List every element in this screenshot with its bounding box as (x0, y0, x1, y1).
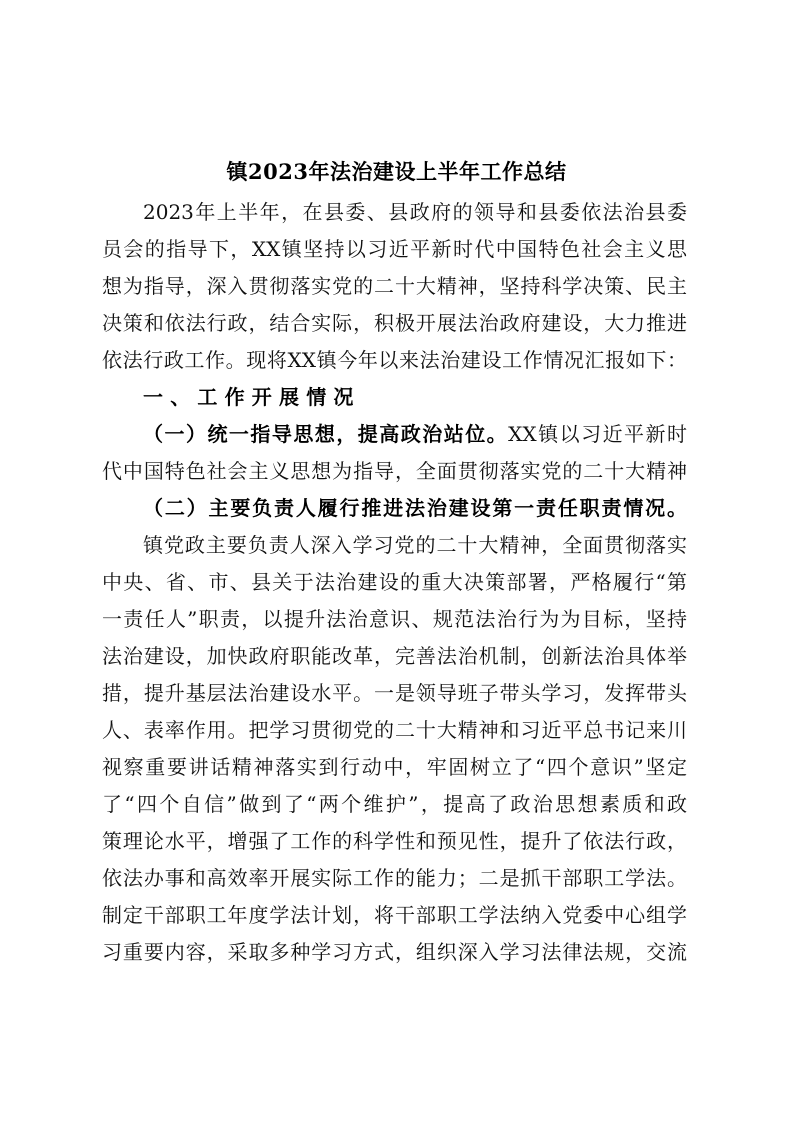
document-title: 镇2023年法治建设上半年工作总结 (0, 158, 793, 186)
paragraph-line: 2023年上半年，在县委、县政府的领导和县委依法治县委 (143, 197, 687, 227)
paragraph-line: 决策和依法行政，结合实际，积极开展法治政府建设，大力推进 (102, 308, 687, 338)
paragraph-line: 措，提升基层法治建设水平。一是领导班子带头学习，发挥带头 (102, 678, 687, 708)
paragraph-line: 人、表率作用。把学习贯彻党的二十大精神和习近平总书记来川 (102, 715, 687, 745)
paragraph-line: 视察重要讲话精神落实到行动中，牢固树立了“四个意识”坚定 (102, 752, 687, 782)
paragraph-line: 策理论水平，增强了工作的科学性和预见性，提升了依法行政， (102, 826, 687, 856)
paragraph-line: 制定干部职工年度学法计划，将干部职工学法纳入党委中心组学 (102, 900, 687, 930)
section-heading: 一、工作开展情况 (143, 382, 687, 412)
paragraph-line: 法治建设，加快政府职能改革，完善法治机制，创新法治具体举 (102, 641, 687, 671)
paragraph-line: 了“四个自信”做到了“两个维护”，提高了政治思想素质和政 (102, 789, 687, 819)
document-page: 镇2023年法治建设上半年工作总结 2023年上半年，在县委、县政府的领导和县委… (0, 0, 793, 1122)
paragraph-line: 一责任人”职责，以提升法治意识、规范法治行为为目标，坚持 (102, 604, 687, 634)
paragraph-line: 镇党政主要负责人深入学习党的二十大精神，全面贯彻落实 (143, 530, 687, 560)
paragraph-text: XX镇以习近平新时 (508, 422, 687, 446)
subsection-heading: （一）统一指导思想，提高政治站位。 (143, 422, 508, 446)
paragraph-line: 员会的指导下，XX镇坚持以习近平新时代中国特色社会主义思 (102, 234, 687, 264)
paragraph-line: 中央、省、市、县关于法治建设的重大决策部署，严格履行“第 (102, 567, 687, 597)
paragraph-line: 习重要内容，采取多种学习方式，组织深入学习法律法规，交流 (102, 937, 687, 967)
paragraph-line: 依法办事和高效率开展实际工作的能力；二是抓干部职工学法。 (102, 863, 687, 893)
subsection-heading: （二）主要负责人履行推进法治建设第一责任职责情况。 (143, 493, 687, 523)
paragraph-line: 依法行政工作。现将XX镇今年以来法治建设工作情况汇报如下： (102, 345, 687, 375)
paragraph-line: 代中国特色社会主义思想为指导，全面贯彻落实党的二十大精神 (102, 456, 687, 486)
paragraph-line: （一）统一指导思想，提高政治站位。XX镇以习近平新时 (143, 419, 687, 449)
paragraph-line: 想为指导，深入贯彻落实党的二十大精神，坚持科学决策、民主 (102, 271, 687, 301)
